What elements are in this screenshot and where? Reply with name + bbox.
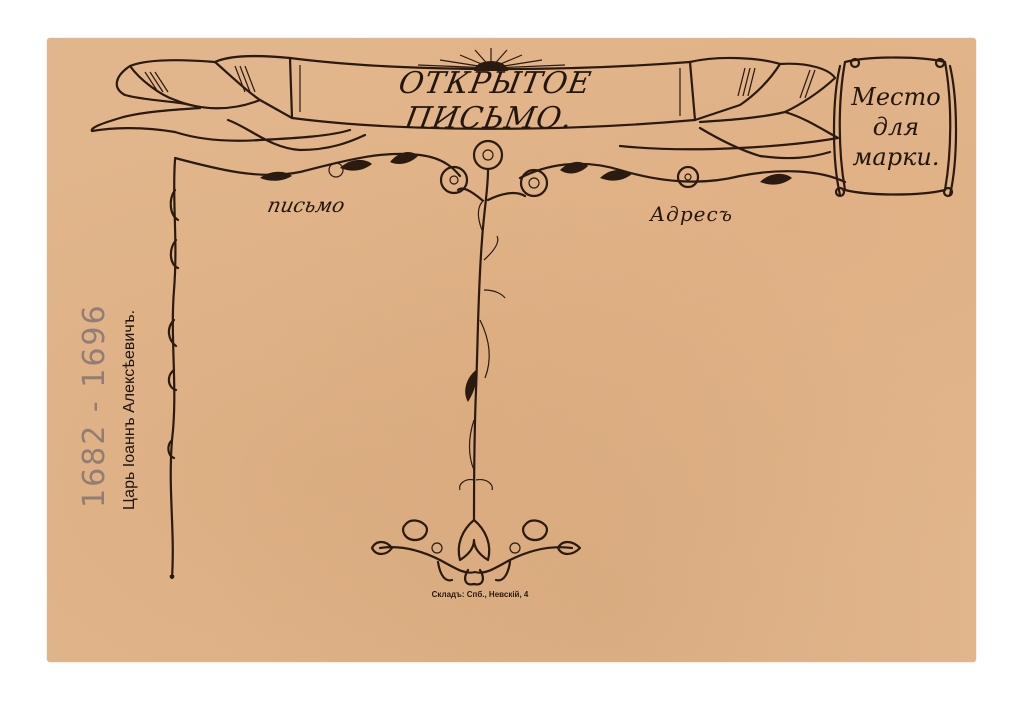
- flower-icon: [329, 141, 698, 196]
- postcard: ОТКРЫТОЕ ПИСЬМО. Место для марки. письмо…: [47, 38, 976, 662]
- floral-base-ornament-icon: [372, 520, 580, 584]
- address-label: Адресъ: [650, 202, 733, 226]
- portrait-caption: Царь Іоаннъ Алексѣевичъ.: [121, 310, 139, 510]
- letter-label: письмо: [265, 193, 347, 217]
- stamp-line-2: для: [846, 112, 946, 142]
- left-vine-border-icon: [168, 160, 178, 579]
- vine-icon: [175, 152, 845, 185]
- stamp-line-1: Место: [846, 82, 946, 112]
- stamp-line-3: марки.: [846, 142, 946, 172]
- header-title: ОТКРЫТОЕ ПИСЬМО.: [316, 66, 668, 136]
- stamp-placeholder: Место для марки.: [846, 82, 946, 172]
- publisher-mark: Складъ: Спб., Невскій, 4: [405, 590, 555, 599]
- central-stem-icon: [458, 170, 525, 520]
- pencil-date-note: 1682 - 1696: [77, 303, 112, 508]
